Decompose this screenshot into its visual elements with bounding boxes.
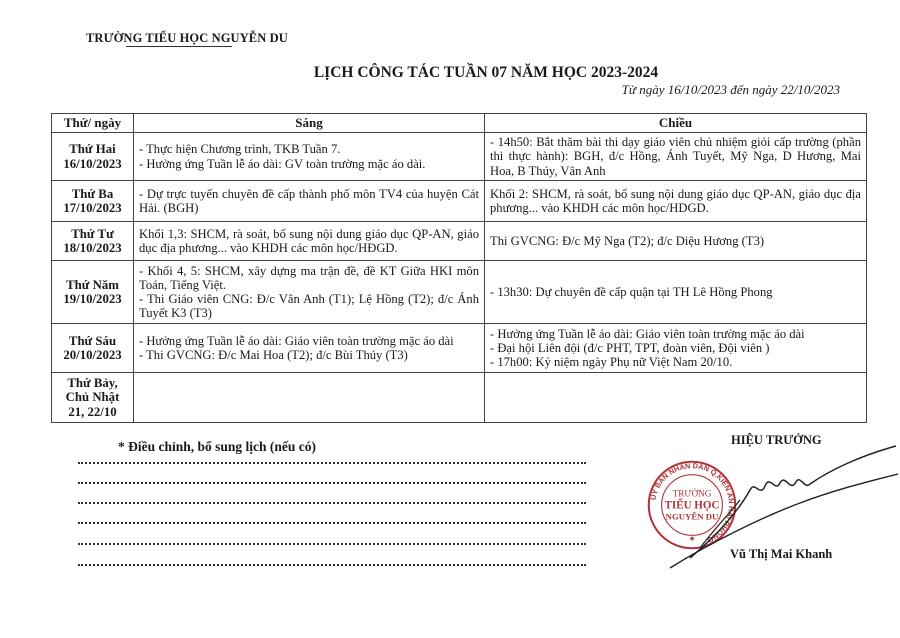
- afternoon-cell: [485, 373, 867, 423]
- column-header-afternoon: Chiều: [485, 114, 867, 133]
- signer-name: Vũ Thị Mai Khanh: [730, 547, 832, 562]
- morning-cell: - Thực hiện Chương trình, TKB Tuần 7.- H…: [134, 133, 485, 181]
- column-header-morning: Sáng: [134, 114, 485, 133]
- afternoon-cell: - 13h30: Dự chuyên đề cấp quận tại TH Lê…: [485, 261, 867, 324]
- afternoon-activity: - Đại hội Liên đội (đ/c PHT, TPT, đoàn v…: [490, 341, 861, 355]
- day-name: Thứ Năm: [57, 278, 128, 292]
- schedule-table: Thứ/ ngày Sáng Chiều Thứ Hai16/10/2023- …: [51, 113, 867, 423]
- afternoon-activity: Thi GVCNG: Đ/c Mỹ Nga (T2); đ/c Diệu Hươ…: [490, 234, 861, 248]
- morning-cell: [134, 373, 485, 423]
- afternoon-activity: Khối 2: SHCM, rà soát, bổ sung nội dung …: [490, 187, 861, 215]
- morning-cell: - Khối 4, 5: SHCM, xây dựng ma trận đề, …: [134, 261, 485, 324]
- morning-activity: - Hưởng ứng Tuần lễ áo dài: GV toàn trườ…: [139, 157, 479, 171]
- date-range: Từ ngày 16/10/2023 đến ngày 22/10/2023: [622, 82, 840, 98]
- day-name: Thứ Hai: [57, 142, 128, 156]
- day-cell: Thứ Sáu20/10/2023: [52, 324, 134, 373]
- day-date: 17/10/2023: [57, 201, 128, 215]
- dotted-line: [78, 564, 586, 566]
- dotted-line: [78, 502, 586, 504]
- dotted-line: [78, 522, 586, 524]
- day-date: 20/10/2023: [57, 348, 128, 362]
- day-cell: Thứ Năm19/10/2023: [52, 261, 134, 324]
- school-name-text: TRƯỜNG TIỂU HỌC NGUYỄN DU: [86, 31, 288, 45]
- table-row: Thứ Tư18/10/2023Khối 1,3: SHCM, rà soát,…: [52, 222, 867, 261]
- morning-cell: - Hưởng ứng Tuần lễ áo dài: Giáo viên to…: [134, 324, 485, 373]
- dotted-line: [78, 543, 586, 545]
- morning-cell: Khối 1,3: SHCM, rà soát, bổ sung nội dun…: [134, 222, 485, 261]
- table-row: Thứ Năm19/10/2023- Khối 4, 5: SHCM, xây …: [52, 261, 867, 324]
- column-header-day: Thứ/ ngày: [52, 114, 134, 133]
- dotted-line: [78, 482, 586, 484]
- afternoon-activity: - Hưởng ứng Tuần lễ áo dài: Giáo viên to…: [490, 327, 861, 341]
- day-date: 18/10/2023: [57, 241, 128, 255]
- afternoon-cell: - Hưởng ứng Tuần lễ áo dài: Giáo viên to…: [485, 324, 867, 373]
- table-row: Thứ Hai16/10/2023- Thực hiện Chương trìn…: [52, 133, 867, 181]
- day-name: Thứ Tư: [57, 227, 128, 241]
- morning-activity: - Thực hiện Chương trình, TKB Tuần 7.: [139, 142, 479, 156]
- day-cell: Thứ Hai16/10/2023: [52, 133, 134, 181]
- morning-activity: - Dự trực tuyến chuyên đề cấp thành phố …: [139, 187, 479, 215]
- school-name: TRƯỜNG TIỂU HỌC NGUYỄN DU: [86, 31, 288, 46]
- afternoon-activity: - 13h30: Dự chuyên đề cấp quận tại TH Lê…: [490, 285, 861, 299]
- morning-activity: - Thi GVCNG: Đ/c Mai Hoa (T2); đ/c Bùi T…: [139, 348, 479, 362]
- day-cell: Thứ Bảy,Chủ Nhật21, 22/10: [52, 373, 134, 423]
- morning-cell: - Dự trực tuyến chuyên đề cấp thành phố …: [134, 181, 485, 222]
- day-name: Thứ Bảy,: [57, 376, 128, 390]
- day-date: 16/10/2023: [57, 157, 128, 171]
- table-header-row: Thứ/ ngày Sáng Chiều: [52, 114, 867, 133]
- day-cell: Thứ Ba17/10/2023: [52, 181, 134, 222]
- afternoon-cell: - 14h50: Bắt thăm bài thi dạy giáo viên …: [485, 133, 867, 181]
- day-name: Thứ Ba: [57, 187, 128, 201]
- day-date: 19/10/2023: [57, 292, 128, 306]
- day-date: 21, 22/10: [57, 405, 128, 419]
- day-name: Chủ Nhật: [57, 390, 128, 404]
- morning-activity: - Thi Giáo viên CNG: Đ/c Vân Anh (T1); L…: [139, 292, 479, 320]
- afternoon-activity: - 14h50: Bắt thăm bài thi dạy giáo viên …: [490, 135, 861, 178]
- morning-activity: Khối 1,3: SHCM, rà soát, bổ sung nội dun…: [139, 227, 479, 255]
- adjustment-label: * Điều chỉnh, bổ sung lịch (nếu có): [118, 439, 316, 455]
- afternoon-activity: - 17h00: Kỷ niệm ngày Phụ nữ Việt Nam 20…: [490, 355, 861, 369]
- table-row: Thứ Bảy,Chủ Nhật21, 22/10: [52, 373, 867, 423]
- afternoon-cell: Khối 2: SHCM, rà soát, bổ sung nội dung …: [485, 181, 867, 222]
- table-row: Thứ Ba17/10/2023- Dự trực tuyến chuyên đ…: [52, 181, 867, 222]
- morning-activity: - Khối 4, 5: SHCM, xây dựng ma trận đề, …: [139, 264, 479, 292]
- afternoon-cell: Thi GVCNG: Đ/c Mỹ Nga (T2); đ/c Diệu Hươ…: [485, 222, 867, 261]
- day-name: Thứ Sáu: [57, 334, 128, 348]
- morning-activity: - Hưởng ứng Tuần lễ áo dài: Giáo viên to…: [139, 334, 479, 348]
- table-row: Thứ Sáu20/10/2023- Hưởng ứng Tuần lễ áo …: [52, 324, 867, 373]
- page-title: LỊCH CÔNG TÁC TUẦN 07 NĂM HỌC 2023-2024: [0, 64, 900, 82]
- school-name-underline: [126, 46, 232, 47]
- day-cell: Thứ Tư18/10/2023: [52, 222, 134, 261]
- dotted-line: [78, 462, 586, 464]
